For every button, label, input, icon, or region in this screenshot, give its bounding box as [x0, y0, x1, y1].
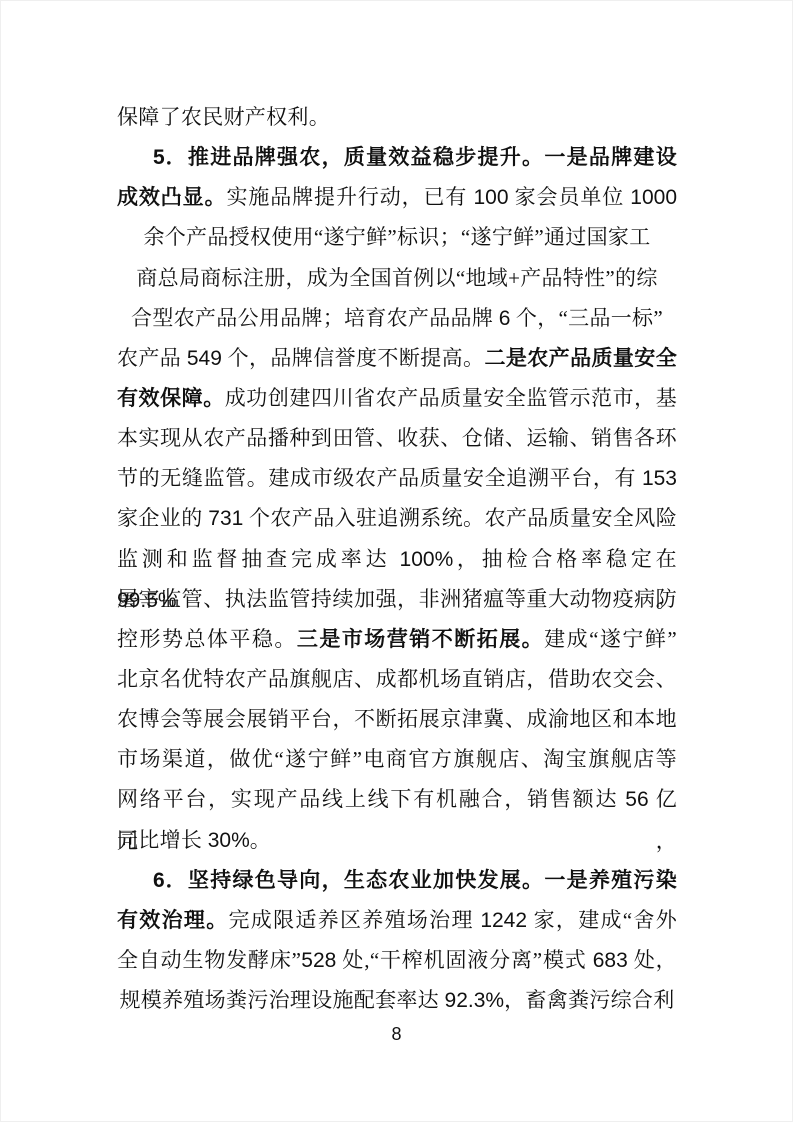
text-run: 完成限适养区养殖场治理 1242 家，建成“舍外 — [229, 908, 678, 932]
text-run: 控形势总体平稳。 — [117, 627, 297, 651]
text-line: 商总局商标注册，成为全国首例以“地域+产品特性”的综 — [117, 258, 677, 298]
text-run: 市场渠道，做优“遂宁鲜”电商官方旗舰店、淘宝旗舰店等 — [117, 747, 677, 771]
numeric-text: 6 — [153, 869, 165, 892]
text-line: 有效治理。完成限适养区养殖场治理 1242 家，建成“舍外 — [117, 900, 677, 940]
text-run: 同比增长 30%。 — [117, 828, 271, 852]
text-line: 5．推进品牌强农，质量效益稳步提升。一是品牌建设 — [117, 137, 677, 177]
text-line: 规模养殖场粪污治理设施配套率达 92.3%，畜禽粪污综合利 — [117, 980, 677, 1020]
numeric-text: 1242 — [480, 909, 527, 932]
numeric-text: 683 — [593, 949, 628, 972]
text-line: 节的无缝监管。建成市级农产品质量安全追溯平台，有 153 — [117, 458, 677, 498]
numeric-text: 92.3% — [445, 989, 505, 1012]
text-run: 屠宰监管、执法监管持续加强，非洲猪瘟等重大动物疫病防 — [117, 587, 677, 611]
document-page: 保障了农民财产权利。5．推进品牌强农，质量效益稳步提升。一是品牌建设成效凸显。实… — [0, 0, 793, 1122]
text-run: 建成“遂宁鲜” — [544, 627, 677, 651]
bold-text-run: 5．推进品牌强农，质量效益稳步提升。一是品牌建设 — [153, 145, 677, 169]
numeric-text: 5 — [153, 146, 165, 169]
bold-text-run: 6．坚持绿色导向，生态农业加快发展。一是养殖污染 — [153, 868, 677, 892]
text-line: 农产品 549 个，品牌信誉度不断提高。二是农产品质量安全 — [117, 338, 677, 378]
bold-text-run: 二是农产品质量安全 — [484, 346, 677, 370]
bold-text-run: 有效保障。 — [117, 386, 225, 410]
text-run: 成功创建四川省农产品质量安全监管示范市，基 — [225, 386, 677, 410]
text-line: 北京名优特农产品旗舰店、成都机场直销店，借助农交会、 — [117, 659, 677, 699]
bold-text-run: 成效凸显。 — [117, 185, 226, 209]
text-run: 合型农产品公用品牌；培育农产品品牌 6 个，“三品一标” — [131, 306, 663, 330]
bold-text-run: 三是市场营销不断拓展。 — [297, 627, 544, 651]
numeric-text: 731 — [208, 507, 243, 530]
text-run: 北京名优特农产品旗舰店、成都机场直销店，借助农交会、 — [117, 667, 677, 691]
page-number: 8 — [0, 1021, 793, 1047]
text-run: 家企业的 731 个农产品入驻追溯系统。农产品质量安全风险 — [117, 506, 677, 530]
text-line: 有效保障。成功创建四川省农产品质量安全监管示范市，基 — [117, 378, 677, 418]
text-line: 屠宰监管、执法监管持续加强，非洲猪瘟等重大动物疫病防 — [117, 579, 677, 619]
bold-text-run: 有效治理。 — [117, 908, 229, 932]
numeric-text: 549 — [187, 347, 222, 370]
text-run: 农产品 549 个，品牌信誉度不断提高。 — [117, 346, 484, 370]
numeric-text: 56 — [625, 788, 648, 811]
numeric-text: 153 — [642, 467, 677, 490]
text-run: 实施品牌提升行动，已有 100 家会员单位 1000 — [226, 185, 677, 209]
text-run: 商总局商标注册，成为全国首例以“地域+产品特性”的综 — [136, 266, 657, 290]
text-line: 市场渠道，做优“遂宁鲜”电商官方旗舰店、淘宝旗舰店等 — [117, 739, 677, 779]
text-line: 家企业的 731 个农产品入驻追溯系统。农产品质量安全风险 — [117, 498, 677, 538]
text-run: 农博会等展会展销平台，不断拓展京津冀、成渝地区和本地 — [117, 707, 677, 731]
text-line: 保障了农民财产权利。 — [117, 97, 677, 137]
text-run: 全自动生物发酵床”528 处,“干榨机固液分离”模式 683 处， — [117, 948, 677, 972]
text-line: 控形势总体平稳。三是市场营销不断拓展。建成“遂宁鲜” — [117, 619, 677, 659]
document-body: 保障了农民财产权利。5．推进品牌强农，质量效益稳步提升。一是品牌建设成效凸显。实… — [117, 97, 677, 1020]
numeric-text: 6 — [499, 307, 511, 330]
text-line: 成效凸显。实施品牌提升行动，已有 100 家会员单位 1000 — [117, 177, 677, 217]
numeric-text: 30% — [208, 829, 250, 852]
text-run: 余个产品授权使用“遂宁鲜”标识；“遂宁鲜”通过国家工 — [143, 225, 650, 249]
text-run: 规模养殖场粪污治理设施配套率达 92.3%，畜禽粪污综合利 — [119, 988, 674, 1012]
text-line: 网络平台，实现产品线上线下有机融合，销售额达 56 亿元， — [117, 779, 677, 819]
text-line: 监测和监督抽查完成率达 100%，抽检合格率稳定在 99.5%。 — [117, 539, 677, 579]
text-line: 合型农产品公用品牌；培育农产品品牌 6 个，“三品一标” — [117, 298, 677, 338]
text-run: 保障了农民财产权利。 — [117, 105, 330, 129]
text-line: 本实现从农产品播种到田管、收获、仓储、运输、销售各环 — [117, 418, 677, 458]
text-line: 余个产品授权使用“遂宁鲜”标识；“遂宁鲜”通过国家工 — [117, 217, 677, 257]
text-line: 6．坚持绿色导向，生态农业加快发展。一是养殖污染 — [117, 860, 677, 900]
numeric-text: 100% — [400, 548, 454, 571]
numeric-text: 100 — [473, 186, 508, 209]
text-run: 节的无缝监管。建成市级农产品质量安全追溯平台，有 153 — [117, 466, 677, 490]
text-run: 本实现从农产品播种到田管、收获、仓储、运输、销售各环 — [117, 426, 677, 450]
text-line: 全自动生物发酵床”528 处,“干榨机固液分离”模式 683 处， — [117, 940, 677, 980]
text-line: 农博会等展会展销平台，不断拓展京津冀、成渝地区和本地 — [117, 699, 677, 739]
numeric-text: 528 — [301, 949, 336, 972]
numeric-text: 1000 — [630, 186, 677, 209]
